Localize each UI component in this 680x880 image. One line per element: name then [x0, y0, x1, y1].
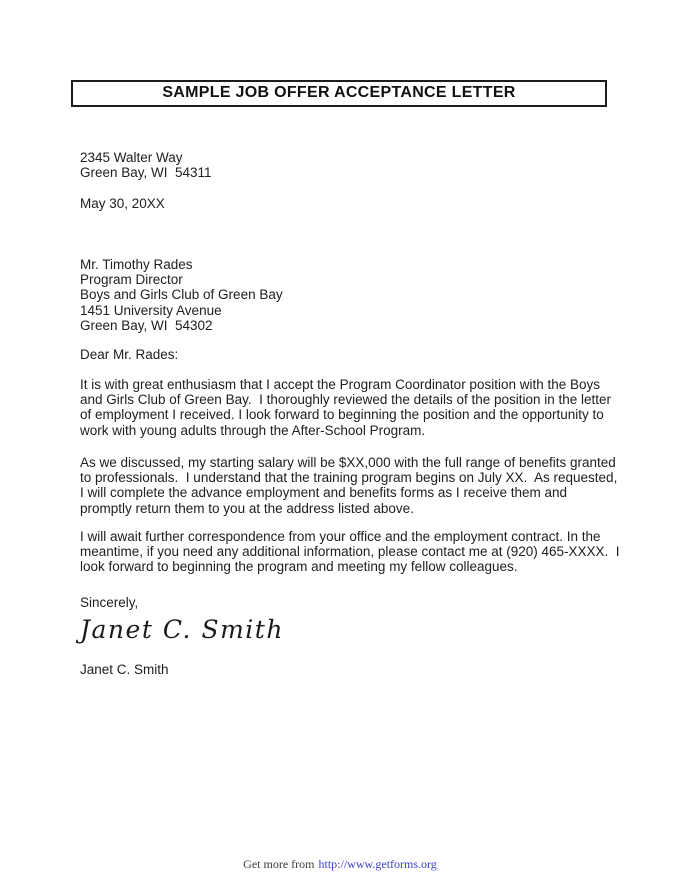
handwritten-signature: Janet C. Smith [80, 615, 620, 645]
body-paragraph-2: As we discussed, my starting salary will… [80, 455, 620, 516]
document-title-box: SAMPLE JOB OFFER ACCEPTANCE LETTER [71, 80, 607, 107]
closing-salutation: Sincerely, [80, 595, 620, 610]
salutation: Dear Mr. Rades: [80, 347, 620, 362]
body-paragraph-1: It is with great enthusiasm that I accep… [80, 377, 620, 438]
footer-link[interactable]: http://www.getforms.org [318, 857, 436, 871]
letter-page: SAMPLE JOB OFFER ACCEPTANCE LETTER 2345 … [0, 0, 680, 880]
typed-name: Janet C. Smith [80, 662, 620, 677]
page-footer: Get more fromhttp://www.getforms.org [0, 857, 680, 872]
recipient-address: Mr. Timothy Rades Program Director Boys … [80, 257, 620, 333]
sender-address: 2345 Walter Way Green Bay, WI 54311 [80, 150, 620, 180]
letter-date: May 30, 20XX [80, 196, 620, 211]
body-paragraph-3: I will await further correspondence from… [80, 529, 620, 575]
footer-text: Get more from [243, 857, 314, 871]
document-title: SAMPLE JOB OFFER ACCEPTANCE LETTER [162, 84, 515, 101]
